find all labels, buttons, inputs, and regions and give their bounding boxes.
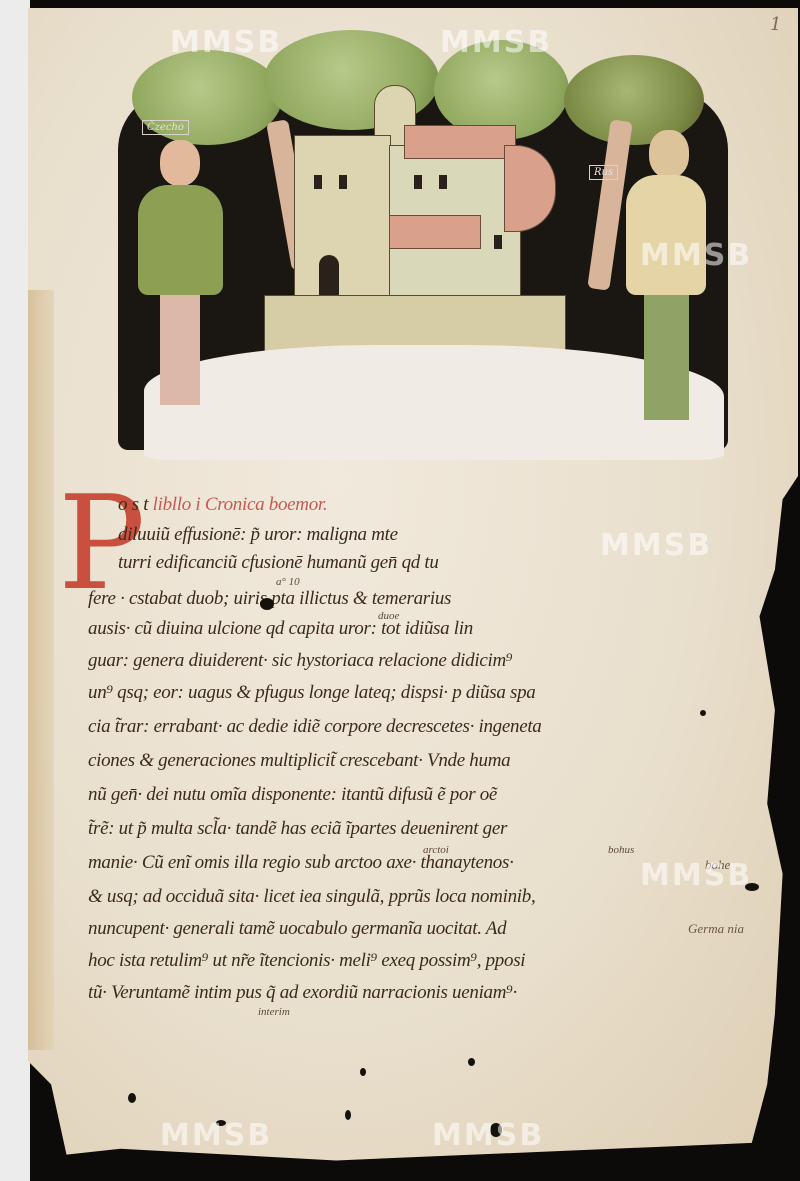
text-line: nuncupent· generali tamẽ uocabulo german… [88,918,506,940]
interlinear-gloss: duoe [378,610,399,622]
folio-number: 1 [770,14,781,35]
worm-hole [345,1110,351,1120]
figure-legs [160,295,200,405]
worm-hole [700,710,706,716]
label-czech: Čzecho [142,120,189,135]
text-line: manie· Cũ enĩ omis illa regio sub arctoo… [88,852,514,874]
figure-legs [644,295,689,420]
text-line: o s t libllo i Cronica boemor. [118,494,327,516]
margin-note-germania: Germa nia [688,922,748,936]
figure-body [138,185,223,295]
window [339,175,347,189]
interlinear-gloss: arctoi [423,844,449,856]
roof [404,125,516,159]
window [314,175,322,189]
watermark: MMSB [170,25,282,60]
label-rus: Rus [589,165,618,180]
text-line: tũ· Veruntamẽ intim pus q̃ ad exordiũ na… [88,982,517,1004]
text-line: cia t̃rar: errabant· ac dedie idiẽ corpo… [88,716,542,738]
watermark: MMSB [600,528,712,563]
worm-hole [128,1093,136,1103]
figure-head [649,130,689,178]
window [494,235,502,249]
roof [389,215,481,249]
worm-hole [360,1068,366,1076]
text-line: guar: genera diuiderent· sic hystoriaca … [88,650,512,672]
text-line: ausis· cũ diuina ulcione qd capita uror:… [88,618,473,640]
interlinear-gloss: bohus [608,844,634,856]
watermark: MMSB [160,1118,272,1153]
worm-hole [260,598,274,610]
watermark: MMSB [640,238,752,273]
text-line: un⁹ qsq; eor: uagus & pfugus longe lateq… [88,682,535,704]
window [439,175,447,189]
watermark: MMSB [432,1118,544,1153]
text-line: & usq; ad occiduã sita· licet iea singul… [88,886,535,908]
text-line: hoc ista retulim⁹ ut nr̃e ĩtencionis· me… [88,950,525,972]
curved-roof [504,145,556,232]
watermark: MMSB [640,858,752,893]
watermark: MMSB [440,25,552,60]
text-line: ciones & generaciones multiplicit̃ cresc… [88,750,510,772]
text-line: nũ gen̄· dei nutu omĩa disponente: itant… [88,784,497,806]
figure-right-rus [604,130,714,430]
text-line-incipit: o s t [118,494,153,515]
worm-hole [468,1058,475,1066]
binding-repair-strip [28,290,54,1050]
interlinear-gloss: a° 10 [276,576,300,588]
interlinear-gloss: interim [258,1006,290,1018]
figure-body [626,175,706,295]
window [414,175,422,189]
figure-left-czech [120,140,230,410]
text-line: turri edificanciũ cfusionē humanũ gen̄ q… [118,552,439,574]
figure-head [160,140,200,186]
rubric-title: libllo i Cronica boemor. [153,494,328,515]
keep [294,135,391,317]
text-line: t̃rẽ: ut p̃ multa scl̃a· tandẽ has eciã … [88,818,507,840]
gate [319,255,339,295]
background-left [0,0,30,1181]
text-line: diluuiũ effusionē: p̃ uror: maligna mte [118,524,398,546]
